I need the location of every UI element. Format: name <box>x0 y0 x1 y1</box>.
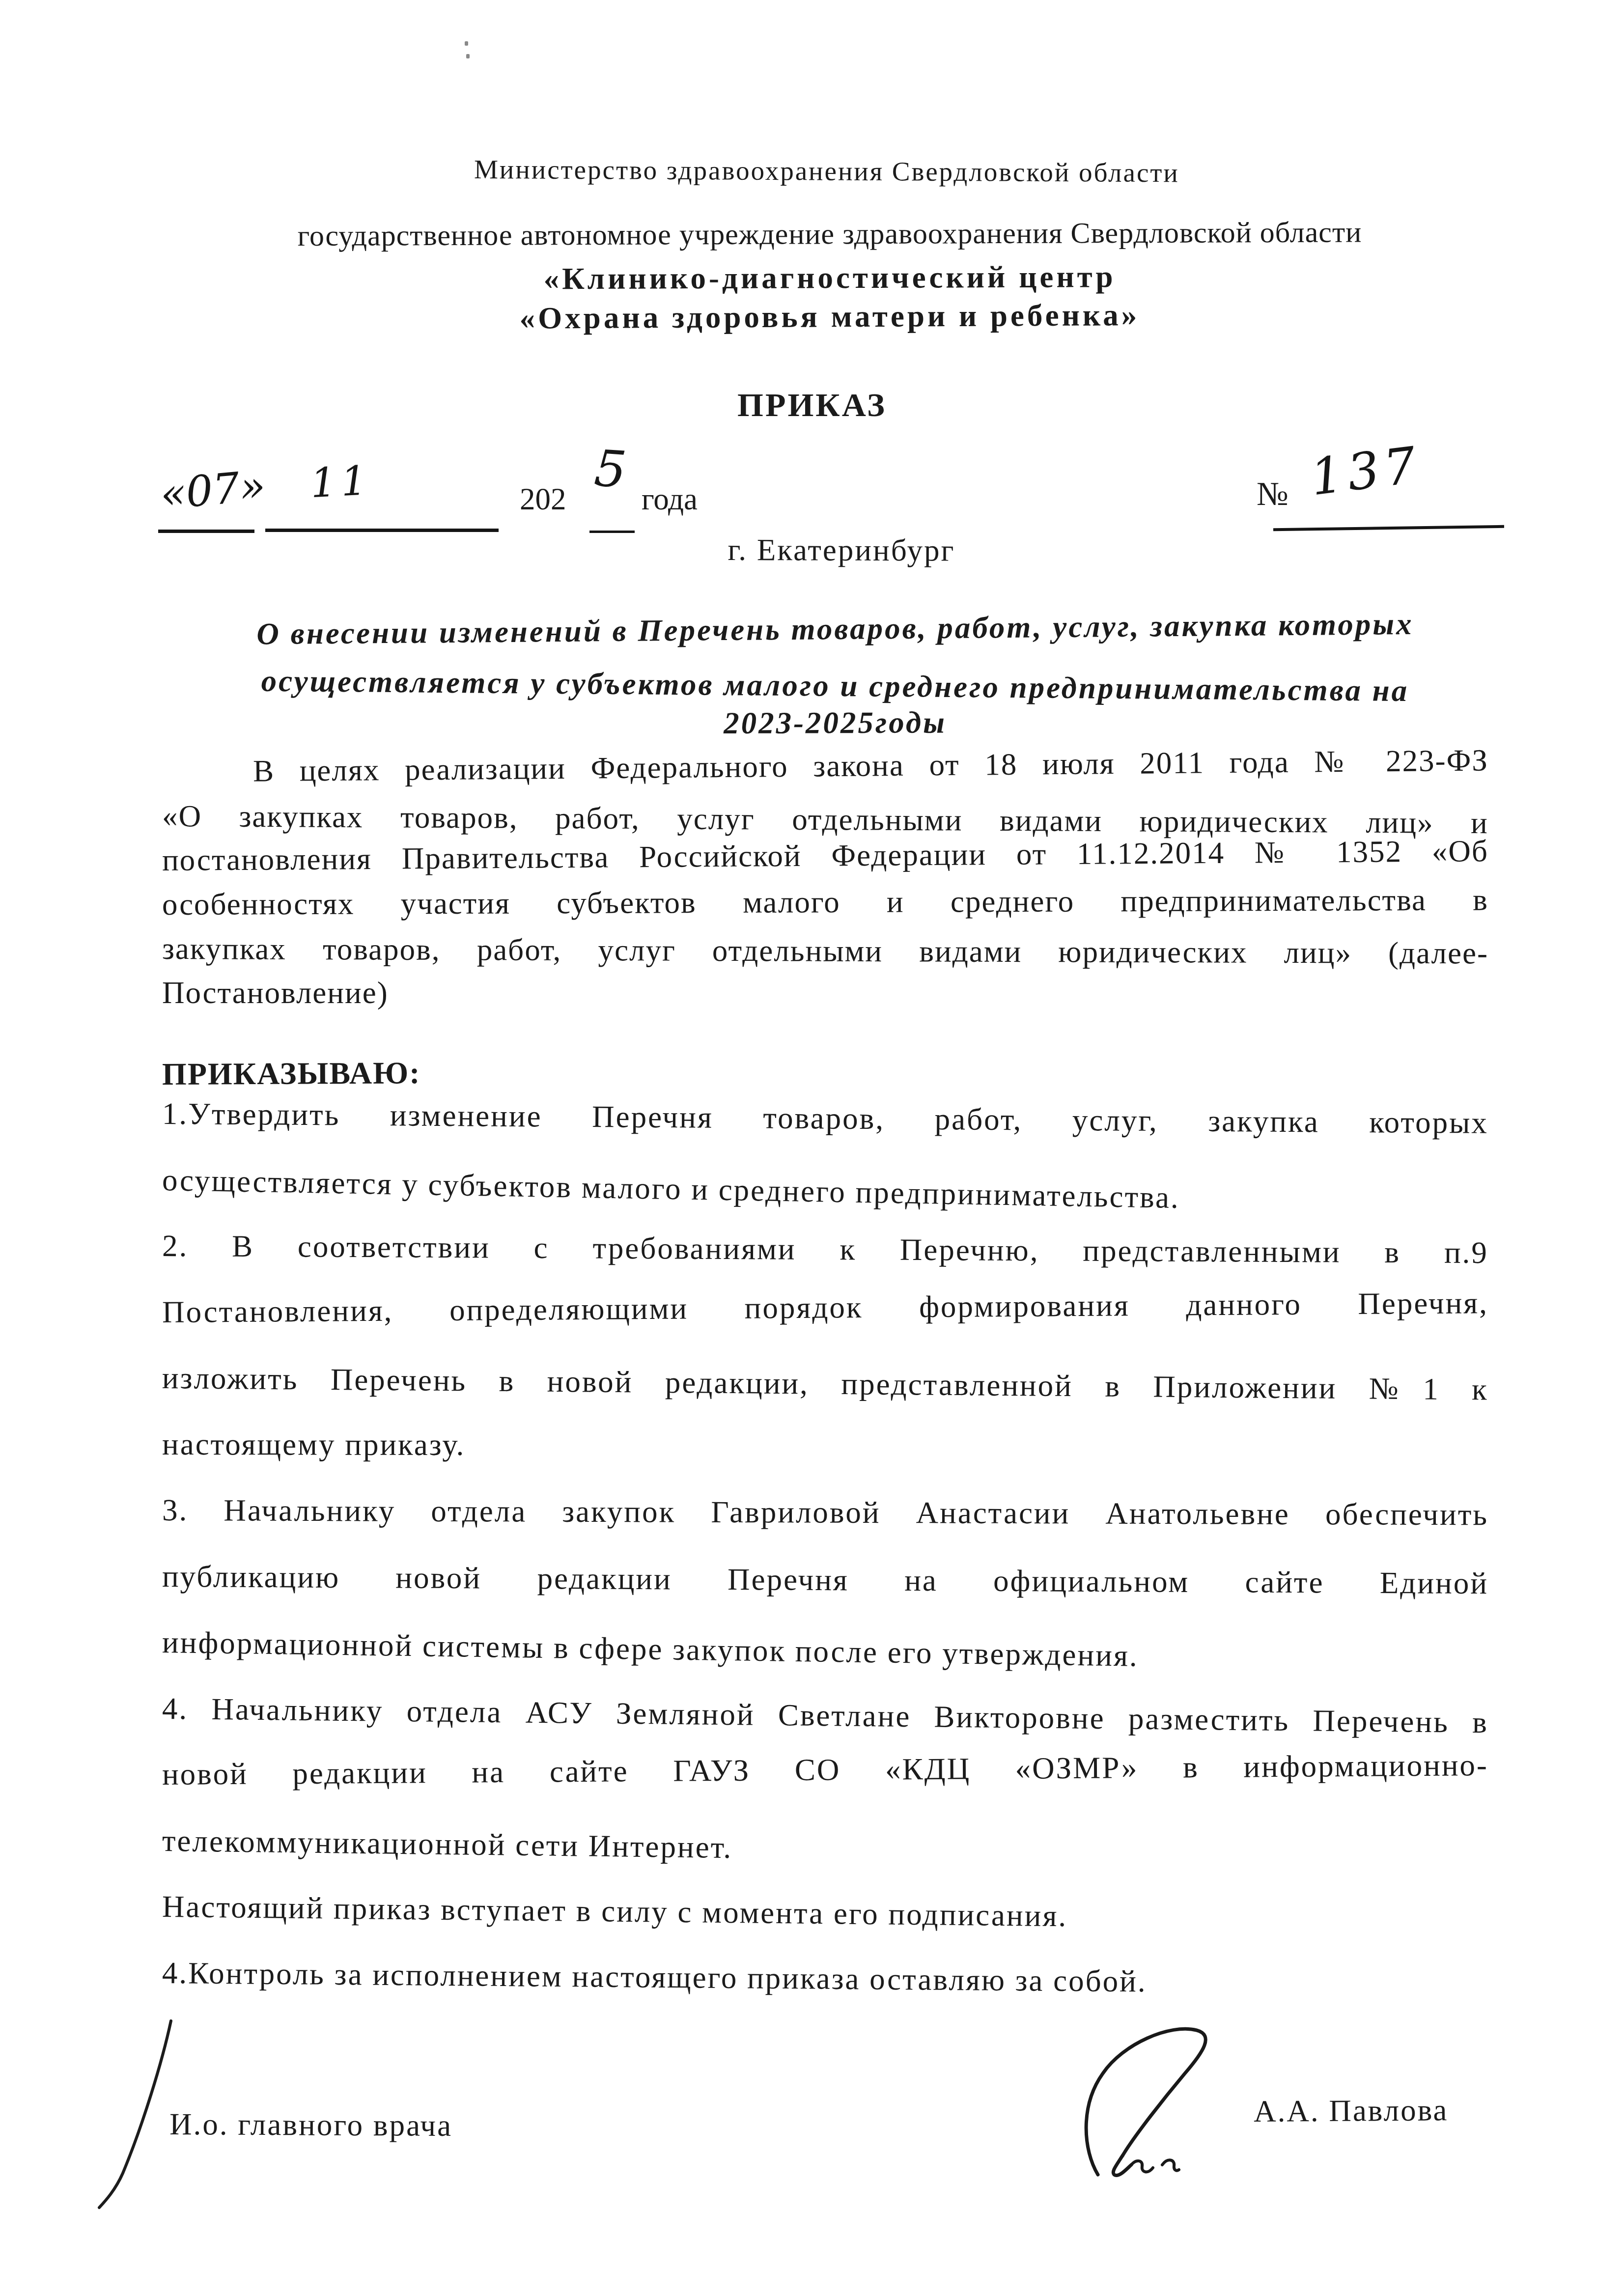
year-word: года <box>642 481 698 517</box>
order-item-line: новой редакции на сайте ГАУЗ СО «КДЦ «ОЗ… <box>162 1732 1489 1807</box>
order-item-line: Постановления, определяющими порядок фор… <box>162 1270 1489 1345</box>
month-handwritten: 11 <box>309 457 373 507</box>
order-body: 1.Утвердить изменение Перечня товаров, р… <box>162 1081 1488 2006</box>
order-item-line: 1.Утвердить изменение Перечня товаров, р… <box>162 1081 1489 1156</box>
preamble-line: особенностях участия субъектов малого и … <box>162 878 1488 926</box>
org-name-line-1: «Клинико-диагностический центр <box>18 257 1624 299</box>
preamble-line: закупках товаров, работ, услуг отдельным… <box>162 926 1488 975</box>
preamble-line: постановления Правительства Российской Ф… <box>162 829 1489 882</box>
city-line: г. Екатеринбург <box>29 530 1624 571</box>
pen-stroke-mark <box>88 2018 187 2214</box>
order-subject-line: О внесении изменений в Перечень товаров,… <box>167 600 1504 657</box>
preamble-paragraph: В целях реализации Федерального закона о… <box>162 750 1488 1015</box>
year-printed: 202 <box>520 481 566 517</box>
closing-line: 4.Контроль за исполнением настоящего при… <box>162 1940 1488 2017</box>
day-handwritten: «07» <box>158 461 268 519</box>
preamble-line: Постановление) <box>162 971 1488 1015</box>
order-number-handwritten: 137 <box>1308 436 1425 507</box>
org-name-line-2: «Охрана здоровья матери и ребенка» <box>18 295 1624 339</box>
scan-speck <box>465 41 468 46</box>
number-underline <box>1273 525 1504 532</box>
scan-speck <box>466 54 470 58</box>
order-item-line: изложить Перечень в новой редакции, пред… <box>162 1345 1488 1423</box>
order-item-line: публикацию новой редакции Перечня на офи… <box>162 1543 1489 1617</box>
order-item-line: настоящему приказу. <box>162 1411 1488 1480</box>
signer-name: А.А. Павлова <box>1254 2092 1449 2129</box>
year-digit-handwritten: 5 <box>592 439 628 500</box>
order-subject: О внесении изменений в Перечень товаров,… <box>167 612 1503 748</box>
order-item-line: 3. Начальнику отдела закупок Гавриловой … <box>162 1477 1488 1548</box>
scanned-order-page: Министерство здравоохранения Свердловско… <box>0 0 1624 2295</box>
order-heading: ПРИКАЗ <box>0 386 1624 424</box>
signer-position: И.о. главного врача <box>169 2106 452 2144</box>
ministry-line: Министерство здравоохранения Свердловско… <box>15 151 1624 191</box>
institution-line: государственное автономное учреждение зд… <box>18 214 1624 254</box>
number-sign: № <box>1257 475 1288 513</box>
signature-autograph <box>1056 2021 1243 2183</box>
